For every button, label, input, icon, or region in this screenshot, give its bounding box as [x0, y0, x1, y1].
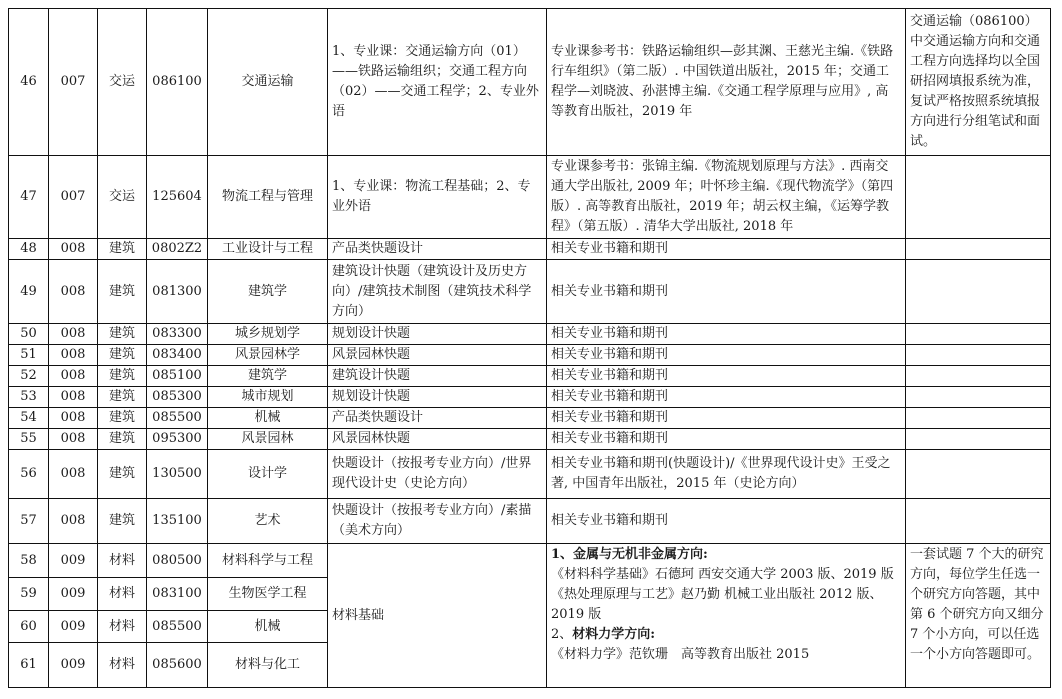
- college-code: 008: [49, 499, 98, 544]
- major-code: 081300: [147, 260, 208, 324]
- major-code: 135100: [147, 499, 208, 544]
- major-code: 083400: [147, 345, 208, 366]
- books-heading-mechanics: 2、材料力学方向:: [551, 625, 901, 645]
- college-name: 建筑: [98, 429, 147, 450]
- college-code: 009: [49, 611, 98, 643]
- college-name: 交运: [98, 9, 147, 156]
- row-number: 53: [9, 387, 49, 408]
- college-code: 008: [49, 345, 98, 366]
- major-code: 083300: [147, 324, 208, 345]
- row-number: 55: [9, 429, 49, 450]
- notes: [906, 239, 1051, 260]
- exam-subjects: 风景园林快题: [328, 429, 547, 450]
- college-name: 交运: [98, 156, 147, 239]
- table-row: 57 008 建筑 135100 艺术 快题设计（按报考专业方向）/素描（美术方…: [9, 499, 1051, 544]
- exam-subjects: 1、专业课：物流工程基础；2、专业外语: [328, 156, 547, 239]
- notes: [906, 429, 1051, 450]
- major-name: 交通运输: [208, 9, 328, 156]
- table-row: 48 008 建筑 0802Z2 工业设计与工程 产品类快题设计 相关专业书籍和…: [9, 239, 1051, 260]
- major-code: 080500: [147, 544, 208, 578]
- exam-subjects: 风景园林快题: [328, 345, 547, 366]
- college-name: 建筑: [98, 499, 147, 544]
- book-mechanics: 《材料力学》范钦珊 高等教育出版社 2015: [551, 645, 901, 665]
- table-row: 56 008 建筑 130500 设计学 快题设计（按报考专业方向）/世界现代设…: [9, 450, 1051, 499]
- exam-subjects: 规划设计快题: [328, 387, 547, 408]
- college-code: 009: [49, 578, 98, 611]
- college-name: 材料: [98, 578, 147, 611]
- table-row: 55 008 建筑 095300 风景园林 风景园林快题 相关专业书籍和期刊: [9, 429, 1051, 450]
- row-number: 50: [9, 324, 49, 345]
- major-code: 085600: [147, 643, 208, 688]
- exam-subjects: 建筑设计快题（建筑设计及历史方向）/建筑技术制图（建筑技术科学方向）: [328, 260, 547, 324]
- row-number: 59: [9, 578, 49, 611]
- reference-books: 专业课参考书：张锦主编.《物流规划原理与方法》. 西南交通大学出版社, 2009…: [547, 156, 906, 239]
- row-number: 61: [9, 643, 49, 688]
- major-name: 城乡规划学: [208, 324, 328, 345]
- major-code: 0802Z2: [147, 239, 208, 260]
- college-code: 008: [49, 324, 98, 345]
- college-name: 建筑: [98, 324, 147, 345]
- notes: [906, 408, 1051, 429]
- exam-subjects: 快题设计（按报考专业方向）/世界现代设计史（史论方向）: [328, 450, 547, 499]
- notes: [906, 156, 1051, 239]
- notes: [906, 499, 1051, 544]
- notes: 交通运输（086100）中交通运输方向和交通工程方向选择均以全国研招网填报系统为…: [906, 9, 1051, 156]
- exam-subjects: 快题设计（按报考专业方向）/素描（美术方向）: [328, 499, 547, 544]
- major-name: 材料科学与工程: [208, 544, 328, 578]
- college-name: 建筑: [98, 387, 147, 408]
- row-number: 47: [9, 156, 49, 239]
- major-name: 建筑学: [208, 260, 328, 324]
- major-name: 建筑学: [208, 366, 328, 387]
- row-number: 51: [9, 345, 49, 366]
- college-code: 009: [49, 643, 98, 688]
- exam-subjects: 建筑设计快题: [328, 366, 547, 387]
- row-number: 60: [9, 611, 49, 643]
- book-materials-science: 《材料科学基础》石德珂 西安交通大学 2003 版、2019 版: [551, 565, 901, 585]
- table-row: 46 007 交运 086100 交通运输 1、专业课：交通运输方向（01）——…: [9, 9, 1051, 156]
- major-name: 机械: [208, 611, 328, 643]
- major-name: 生物医学工程: [208, 578, 328, 611]
- reference-books: 相关专业书籍和期刊(快题设计)/《世界现代设计史》王受之著, 中国青年出版社，2…: [547, 450, 906, 499]
- college-code: 008: [49, 366, 98, 387]
- row-number: 54: [9, 408, 49, 429]
- reference-books: 相关专业书籍和期刊: [547, 408, 906, 429]
- exam-subjects: 1、专业课：交通运输方向（01）——铁路运输组织；交通工程方向（02）——交通工…: [328, 9, 547, 156]
- college-code: 008: [49, 450, 98, 499]
- college-name: 建筑: [98, 366, 147, 387]
- row-number: 46: [9, 9, 49, 156]
- major-name: 工业设计与工程: [208, 239, 328, 260]
- reference-books: 相关专业书籍和期刊: [547, 324, 906, 345]
- heading-number: 2、: [551, 627, 572, 642]
- table-row: 58 009 材料 080500 材料科学与工程 材料基础 1、金属与无机非金属…: [9, 544, 1051, 578]
- major-code: 083100: [147, 578, 208, 611]
- college-name: 材料: [98, 544, 147, 578]
- reference-books: 相关专业书籍和期刊: [547, 345, 906, 366]
- books-heading-metal: 1、金属与无机非金属方向:: [551, 545, 901, 565]
- college-code: 007: [49, 9, 98, 156]
- college-code: 009: [49, 544, 98, 578]
- table-row: 54 008 建筑 085500 机械 产品类快题设计 相关专业书籍和期刊: [9, 408, 1051, 429]
- heading-text: 材料力学方向:: [572, 627, 655, 642]
- table-row: 51 008 建筑 083400 风景园林学 风景园林快题 相关专业书籍和期刊: [9, 345, 1051, 366]
- exam-subjects: 规划设计快题: [328, 324, 547, 345]
- college-name: 建筑: [98, 408, 147, 429]
- major-code: 085500: [147, 611, 208, 643]
- notes: [906, 366, 1051, 387]
- college-name: 材料: [98, 611, 147, 643]
- major-name: 风景园林: [208, 429, 328, 450]
- major-code: 125604: [147, 156, 208, 239]
- college-name: 建筑: [98, 239, 147, 260]
- reference-books: 相关专业书籍和期刊: [547, 429, 906, 450]
- major-code: 086100: [147, 9, 208, 156]
- book-heat-treatment: 《热处理原理与工艺》赵乃勤 机械工业出版社 2012 版、2019 版: [551, 585, 901, 625]
- major-name: 风景园林学: [208, 345, 328, 366]
- row-number: 56: [9, 450, 49, 499]
- row-number: 49: [9, 260, 49, 324]
- notes: [906, 450, 1051, 499]
- college-name: 建筑: [98, 450, 147, 499]
- exam-subjects: 产品类快题设计: [328, 408, 547, 429]
- college-code: 008: [49, 429, 98, 450]
- notes-materials: 一套试题 7 个大的研究方向，每位学生任选一个研究方向答题，其中第 6 个研究方…: [906, 544, 1051, 688]
- major-name: 机械: [208, 408, 328, 429]
- college-code: 007: [49, 156, 98, 239]
- notes: [906, 345, 1051, 366]
- row-number: 58: [9, 544, 49, 578]
- row-number: 52: [9, 366, 49, 387]
- table-row: 53 008 建筑 085300 城市规划 规划设计快题 相关专业书籍和期刊: [9, 387, 1051, 408]
- college-name: 材料: [98, 643, 147, 688]
- reference-books: 相关专业书籍和期刊: [547, 387, 906, 408]
- exam-subjects: 产品类快题设计: [328, 239, 547, 260]
- row-number: 57: [9, 499, 49, 544]
- major-code: 085100: [147, 366, 208, 387]
- reference-books: 专业课参考书：铁路运输组织—彭其渊、王慈光主编.《铁路行车组织》（第二版）. 中…: [547, 9, 906, 156]
- college-name: 建筑: [98, 260, 147, 324]
- major-name: 材料与化工: [208, 643, 328, 688]
- notes: [906, 260, 1051, 324]
- exam-subjects-materials: 材料基础: [328, 544, 547, 688]
- exam-reference-table: 46 007 交运 086100 交通运输 1、专业课：交通运输方向（01）——…: [8, 8, 1051, 688]
- reference-books-materials: 1、金属与无机非金属方向: 《材料科学基础》石德珂 西安交通大学 2003 版、…: [547, 544, 906, 688]
- major-code: 130500: [147, 450, 208, 499]
- row-number: 48: [9, 239, 49, 260]
- reference-books: 相关专业书籍和期刊: [547, 260, 906, 324]
- college-name: 建筑: [98, 345, 147, 366]
- reference-books: 相关专业书籍和期刊: [547, 239, 906, 260]
- reference-books: 相关专业书籍和期刊: [547, 366, 906, 387]
- college-code: 008: [49, 260, 98, 324]
- notes: [906, 324, 1051, 345]
- reference-books: 相关专业书籍和期刊: [547, 499, 906, 544]
- table-row: 49 008 建筑 081300 建筑学 建筑设计快题（建筑设计及历史方向）/建…: [9, 260, 1051, 324]
- college-code: 008: [49, 387, 98, 408]
- notes: [906, 387, 1051, 408]
- college-code: 008: [49, 408, 98, 429]
- major-name: 艺术: [208, 499, 328, 544]
- table-row: 52 008 建筑 085100 建筑学 建筑设计快题 相关专业书籍和期刊: [9, 366, 1051, 387]
- college-code: 008: [49, 239, 98, 260]
- major-name: 物流工程与管理: [208, 156, 328, 239]
- major-name: 城市规划: [208, 387, 328, 408]
- table-row: 50 008 建筑 083300 城乡规划学 规划设计快题 相关专业书籍和期刊: [9, 324, 1051, 345]
- major-code: 085300: [147, 387, 208, 408]
- table-row: 47 007 交运 125604 物流工程与管理 1、专业课：物流工程基础；2、…: [9, 156, 1051, 239]
- major-name: 设计学: [208, 450, 328, 499]
- major-code: 085500: [147, 408, 208, 429]
- major-code: 095300: [147, 429, 208, 450]
